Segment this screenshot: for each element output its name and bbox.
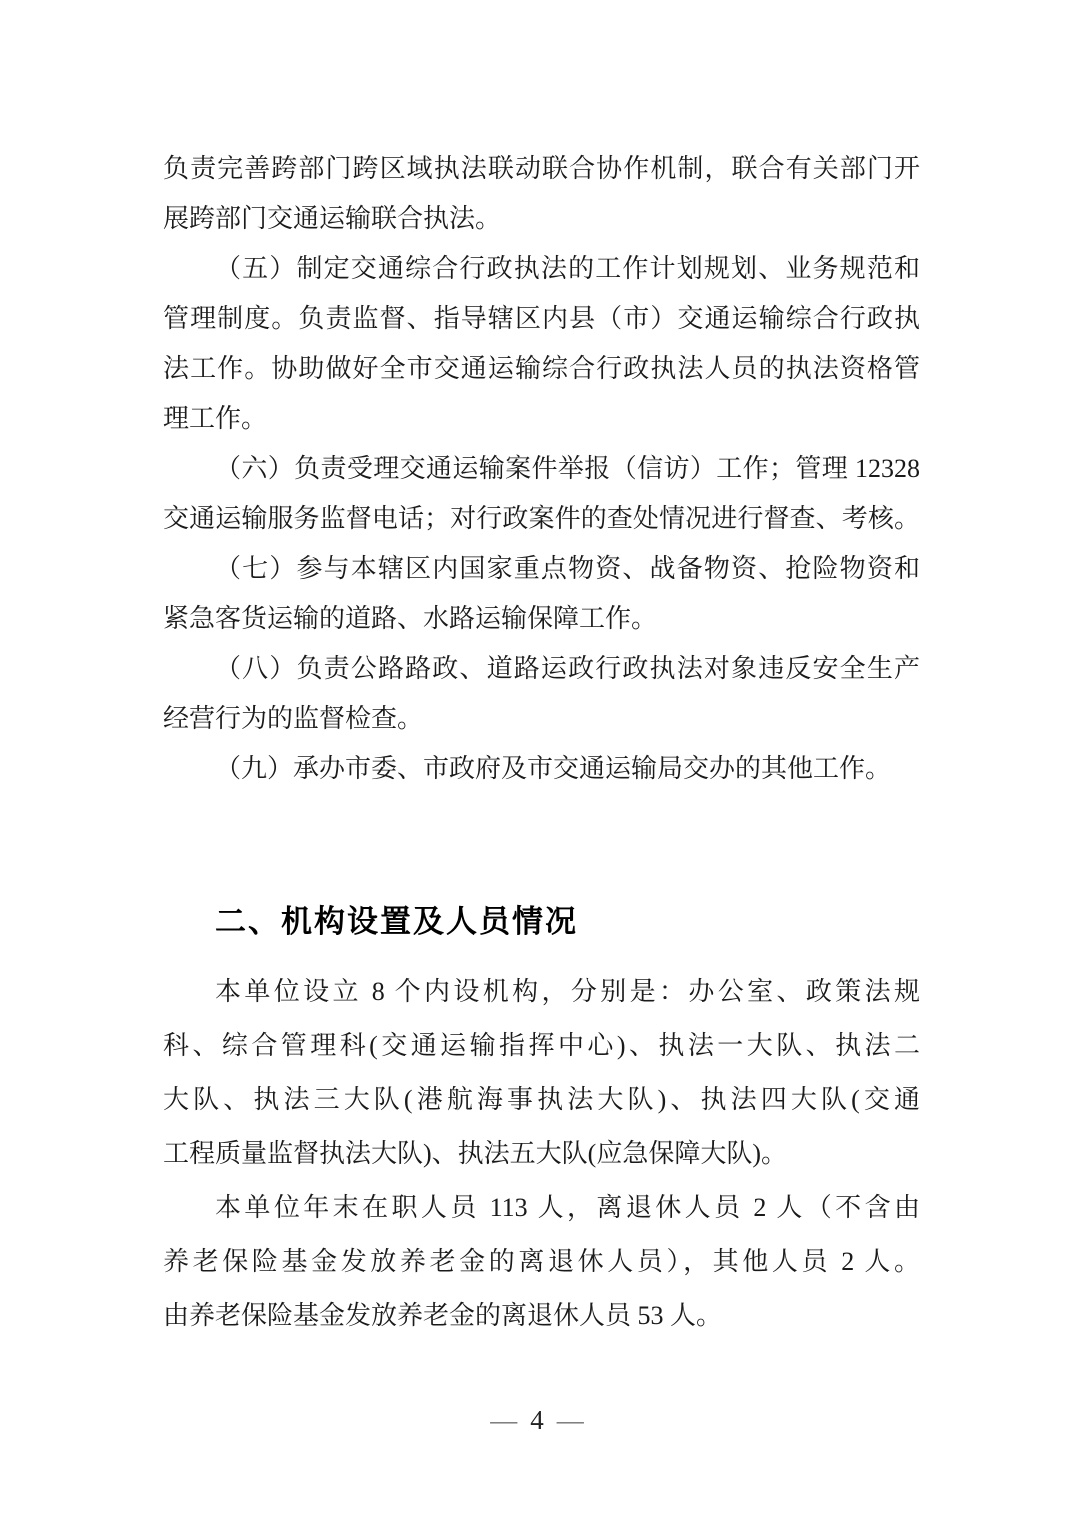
section-organization: 本单位设立 8 个内设机构，分别是：办公室、政策法规 科、综合管理科(交通运输指… — [163, 965, 920, 1343]
section-duties: 负责完善跨部门跨区域执法联动联合协作机制，联合有关部门开 展跨部门交通运输联合执… — [163, 144, 920, 794]
body-line: （六）负责受理交通运输案件举报（信访）工作；管理 12328 — [163, 444, 920, 494]
body-line: （八）负责公路路政、道路运政行政执法对象违反安全生产 — [163, 644, 920, 694]
body-line: （九）承办市委、市政府及市交通运输局交办的其他工作。 — [163, 744, 920, 794]
body-line: 由养老保险基金发放养老金的离退休人员 53 人。 — [163, 1289, 920, 1343]
body-line: 工程质量监督执法大队)、执法五大队(应急保障大队)。 — [163, 1127, 920, 1181]
body-line: 法工作。协助做好全市交通运输综合行政执法人员的执法资格管 — [163, 344, 920, 394]
body-line: 经营行为的监督检查。 — [163, 694, 920, 744]
page-number: 4 — [530, 1405, 544, 1435]
page-footer: —4— — [0, 1402, 1074, 1438]
body-line: 本单位设立 8 个内设机构，分别是：办公室、政策法规 — [163, 965, 920, 1019]
body-line: 负责完善跨部门跨区域执法联动联合协作机制，联合有关部门开 — [163, 144, 920, 194]
body-line: （五）制定交通综合行政执法的工作计划规划、业务规范和 — [163, 244, 920, 294]
body-line: 大队、执法三大队(港航海事执法大队)、执法四大队(交通 — [163, 1073, 920, 1127]
body-line: 本单位年末在职人员 113 人，离退休人员 2 人（不含由 — [163, 1181, 920, 1235]
document-page: 负责完善跨部门跨区域执法联动联合协作机制，联合有关部门开 展跨部门交通运输联合执… — [0, 0, 1074, 1520]
section-heading: 二、机构设置及人员情况 — [163, 901, 920, 943]
body-line: 交通运输服务监督电话；对行政案件的查处情况进行督查、考核。 — [163, 494, 920, 544]
footer-dash-left: — — [490, 1405, 517, 1435]
body-line: 科、综合管理科(交通运输指挥中心)、执法一大队、执法二 — [163, 1019, 920, 1073]
footer-dash-right: — — [557, 1405, 584, 1435]
body-line: （七）参与本辖区内国家重点物资、战备物资、抢险物资和 — [163, 544, 920, 594]
body-line: 理工作。 — [163, 394, 920, 444]
body-line: 管理制度。负责监督、指导辖区内县（市）交通运输综合行政执 — [163, 294, 920, 344]
body-line: 养老保险基金发放养老金的离退休人员），其他人员 2 人。 — [163, 1235, 920, 1289]
body-line: 展跨部门交通运输联合执法。 — [163, 194, 920, 244]
body-line: 紧急客货运输的道路、水路运输保障工作。 — [163, 594, 920, 644]
